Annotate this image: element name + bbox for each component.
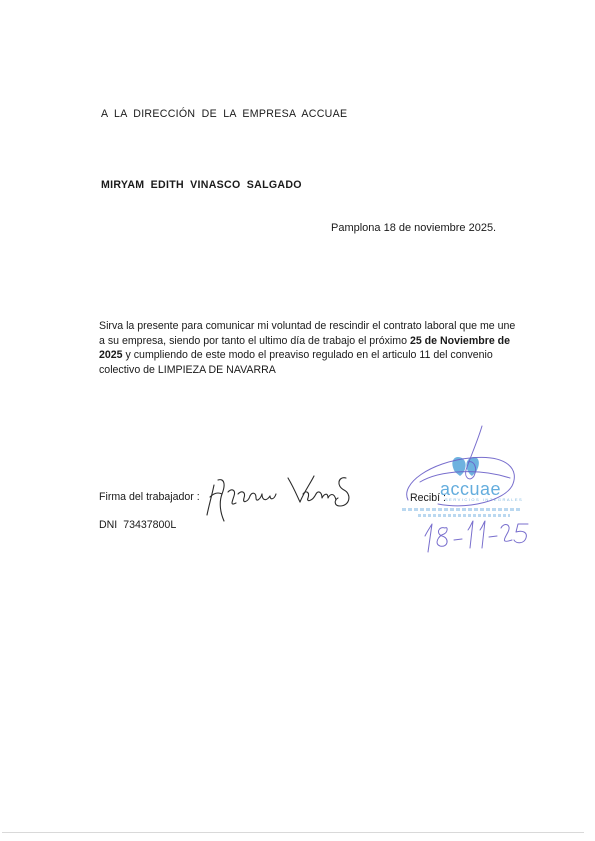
receiver-signature <box>0 0 595 841</box>
scan-edge-line <box>2 832 584 833</box>
